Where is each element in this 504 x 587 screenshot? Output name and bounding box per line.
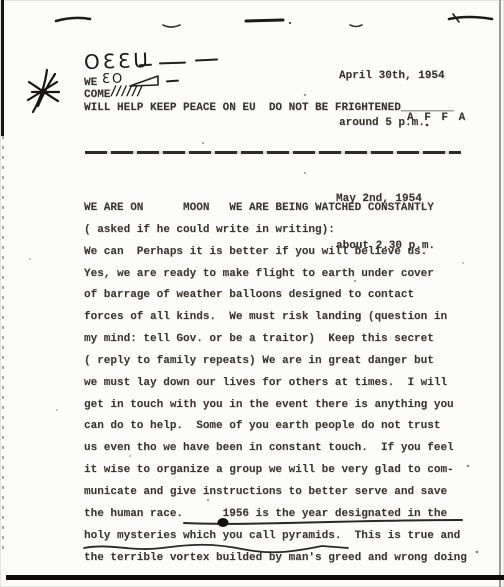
- typed-line: can do to help. Some of you earth people…: [84, 416, 484, 438]
- typed-line: my mind: tell Gov. or be a traitor) Keep…: [84, 329, 484, 351]
- typed-line: ( asked if he could write in writing):: [84, 220, 484, 242]
- hand-underline: [80, 541, 355, 555]
- section-divider-line: [85, 151, 461, 154]
- message-text: WILL HELP KEEP PEACE ON EU DO NOT BE FRI…: [84, 102, 401, 114]
- handwritten-tally-marks: //////: [110, 84, 144, 99]
- hand-underline: [180, 514, 468, 528]
- typed-line: get in touch with you in the event there…: [84, 395, 484, 417]
- typed-line: us even tho we have been in constant tou…: [84, 438, 484, 460]
- scanned-letter-page: April 30th, 1954 around 5 p.m. OƐƐU WE Ɛ…: [0, 0, 504, 587]
- typed-line: municate and give instructions to better…: [84, 482, 484, 504]
- typed-line: of barrage of weather balloons designed …: [84, 285, 484, 307]
- typed-line: ( reply to family repeats) We are in gre…: [84, 351, 484, 373]
- typed-line: Yes, we are ready to make flight to eart…: [84, 264, 484, 286]
- date-block-april: April 30th, 1954 around 5 p.m.: [339, 38, 445, 162]
- date-april-line1: April 30th, 1954: [339, 69, 445, 85]
- typed-line: We can Perhaps it is better if you will …: [84, 242, 484, 264]
- signature-affa: A F F A: [407, 111, 467, 127]
- typed-message-line: WILL HELP KEEP PEACE ON EU DO NOT BE FRI…: [84, 101, 454, 117]
- typed-line: forces of all kinds. We must risk landin…: [84, 307, 484, 329]
- hand-star-icon: [26, 68, 60, 114]
- typed-line: it wise to organize a group we will be v…: [84, 460, 484, 482]
- typed-line: WE ARE ON MOON WE ARE BEING WATCHED CONS…: [84, 198, 484, 220]
- handwritten-code-glyphs: OƐƐU: [84, 48, 152, 74]
- typed-line: we must lay down our lives for others at…: [84, 373, 484, 395]
